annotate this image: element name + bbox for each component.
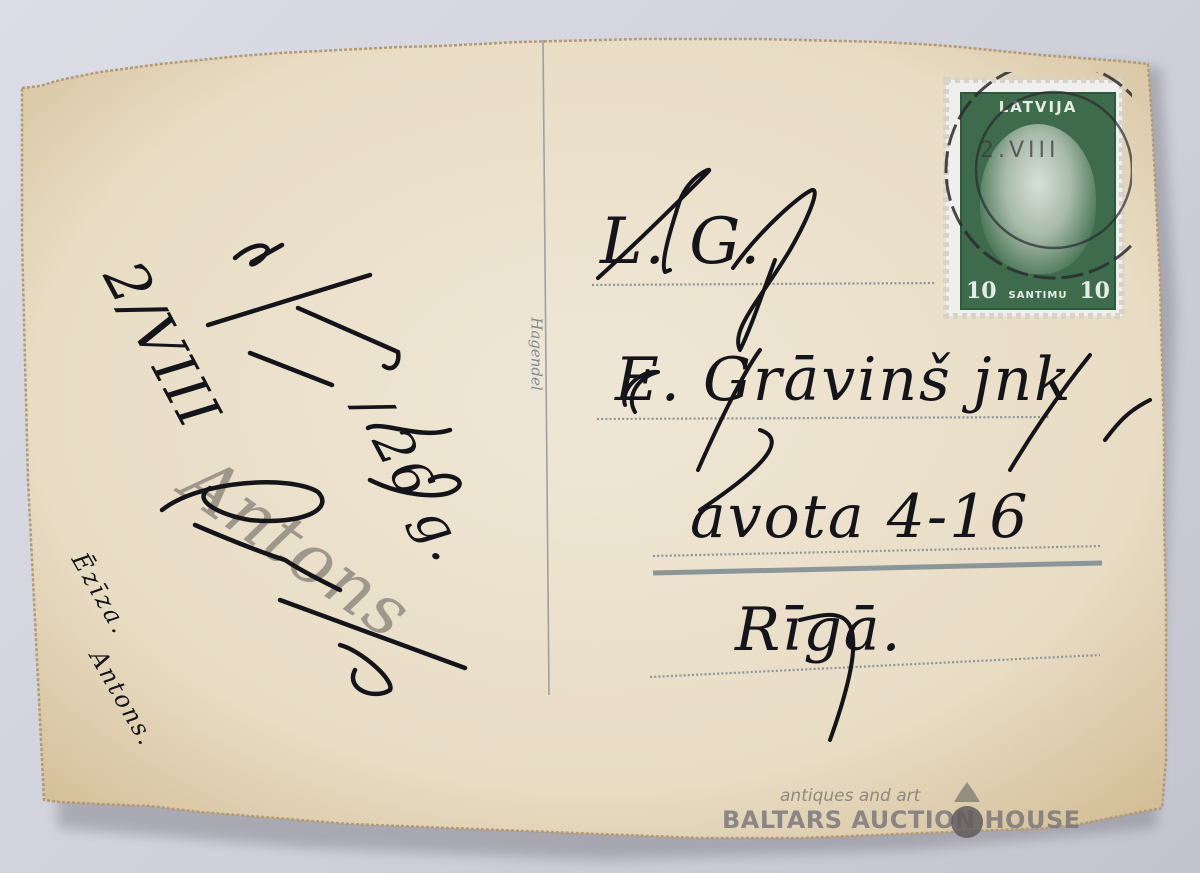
postage-stamp: LATVIJA 10 SANTIMU 10	[936, 72, 1132, 322]
address-line-1: L. G.	[600, 205, 762, 279]
address-line-4: Rīgā.	[735, 595, 903, 665]
address-line-3: avota 4-16	[690, 482, 1030, 552]
watermark-brand: BALTARS AUCTION HOUSE	[722, 806, 1081, 834]
crown-logo-icon	[950, 780, 984, 844]
watermark-tagline: antiques and art	[780, 786, 920, 806]
printed-maker-label: Hagendel	[528, 317, 546, 390]
auction-watermark: antiques and art BALTARS AUCTION HOUSE	[722, 780, 1122, 850]
postmark-date: 2.VIII	[980, 138, 1060, 163]
postmark-circle-icon	[936, 72, 1132, 322]
address-line-2: E. Grāvinš jnk	[615, 345, 1073, 415]
